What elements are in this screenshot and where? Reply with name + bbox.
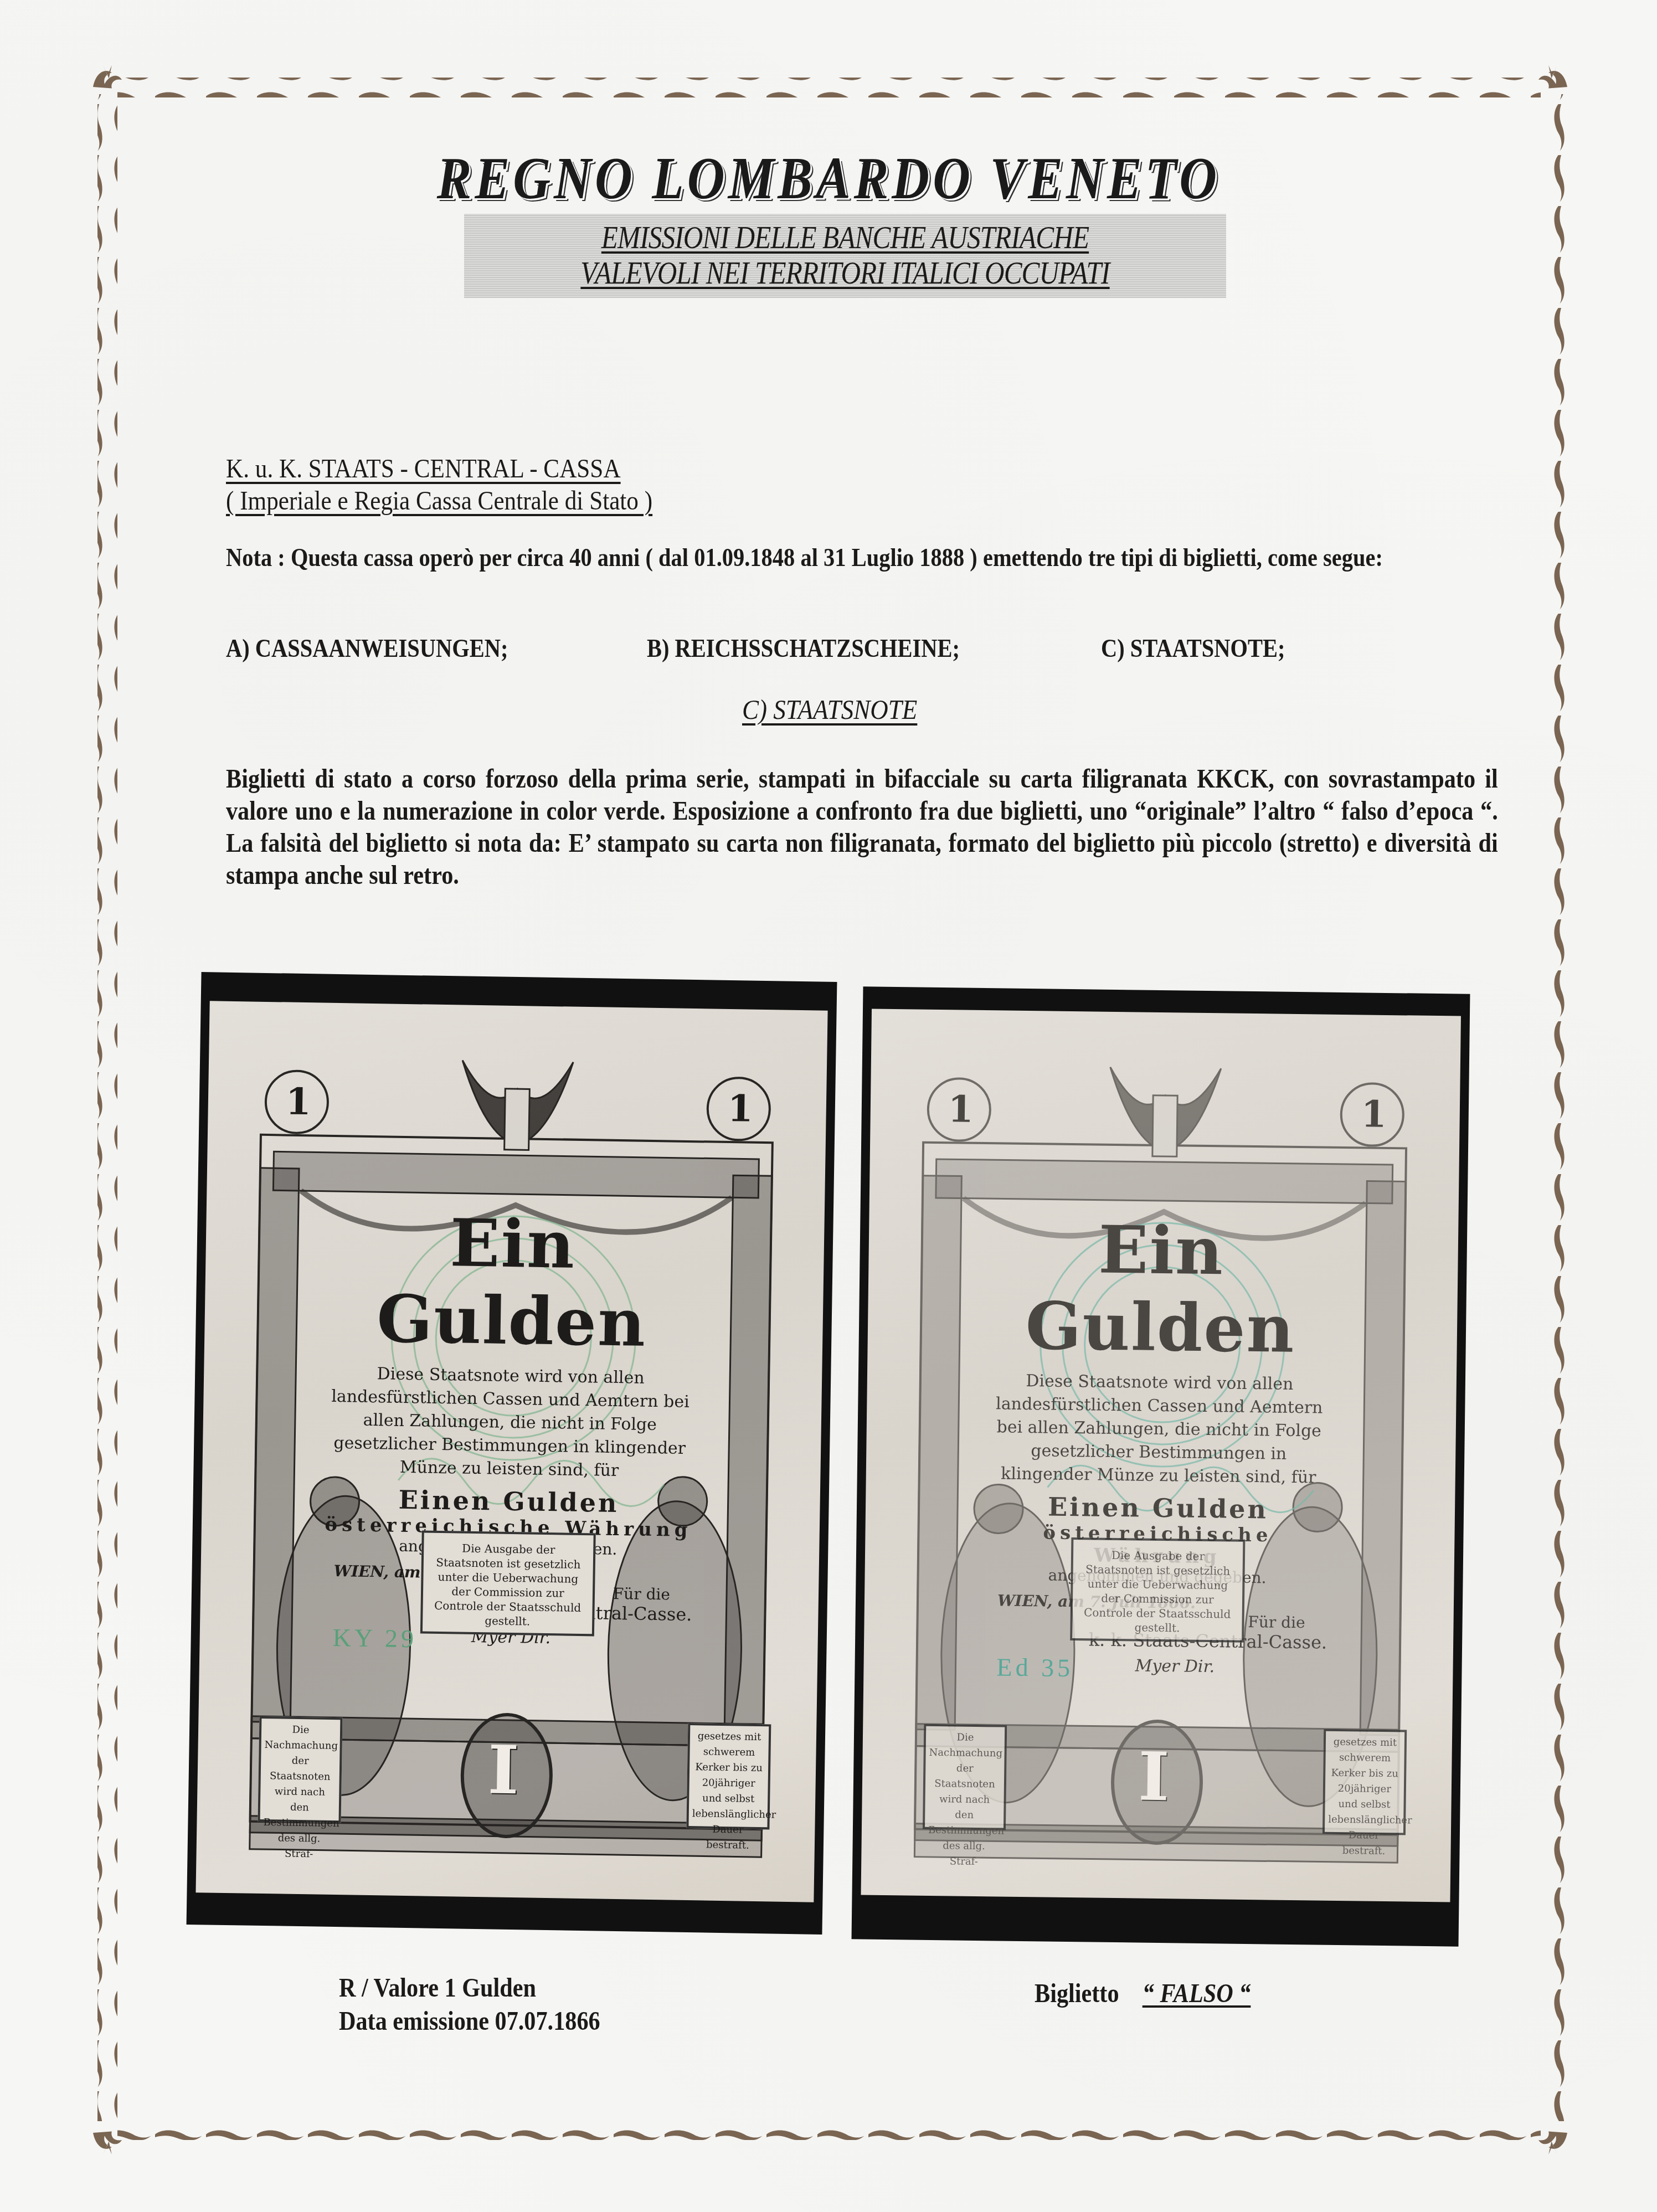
banknote-left-plaque: Die Nachmachung der Staatsnoten wird nac… [923, 1724, 1007, 1830]
banknote-original: Ein Gulden Diese Staatsnote wird von all… [187, 972, 837, 1935]
banknote-center-numeral: I [1138, 1738, 1170, 1817]
type-c: C) STAATSNOTE; [1101, 634, 1285, 663]
section-heading-title: K. u. K. STAATS - CENTRAL - CASSA [226, 453, 652, 485]
banknote-title: Ein Gulden [326, 1202, 698, 1362]
banknote-signature: Myer Dir. [1135, 1656, 1215, 1676]
banknote-corner-value-left: 1 [285, 1080, 311, 1124]
banknote-corner-value-right: 1 [727, 1087, 753, 1130]
banknote-text-panel: Ein Gulden Diese Staatsnote wird von all… [986, 1198, 1332, 1590]
caption-issue-date: Data emissione 07.07.1866 [339, 2005, 600, 2038]
subtitle-line-1: EMISSIONI DELLE BANCHE AUSTRIACHE [510, 220, 1181, 256]
nota-paragraph: Nota : Questa cassa operò per circa 40 a… [226, 542, 1498, 574]
banknote-serial-number: Ed 35 [996, 1652, 1073, 1683]
caption-original: R / Valore 1 Gulden Data emissione 07.07… [339, 1972, 600, 2038]
banknote-right-plaque: gesetzes mit schwerem Kerker bis zu 20jä… [686, 1723, 771, 1829]
page-title: REGNO LOMBARDO VENETO [0, 144, 1657, 213]
banknote-center-plaque: Die Ausgabe der Staatsnoten ist gesetzli… [1070, 1537, 1245, 1643]
subtitle-box: EMISSIONI DELLE BANCHE AUSTRIACHE VALEVO… [464, 214, 1226, 298]
banknote-text-panel: Ein Gulden Diese Staatsnote wird von all… [322, 1191, 698, 1585]
banknote-center-numeral: I [487, 1731, 519, 1809]
caption-falso: Biglietto “ FALSO “ [1035, 1977, 1251, 2010]
banknote-body-text: Diese Staatsnote wird von allen landesfü… [324, 1362, 696, 1484]
banknote-amount: Einen Gulden [987, 1491, 1329, 1525]
banknote-right-plaque: gesetzes mit schwerem Kerker bis zu 20jä… [1322, 1729, 1407, 1835]
banknote-serial-number: KY 29 [332, 1623, 417, 1653]
caption-falso-prefix: Biglietto [1035, 1979, 1119, 2008]
banknote-paper: Ein Gulden Diese Staatsnote wird von all… [195, 1001, 827, 1902]
caption-falso-label: “ FALSO “ [1143, 1979, 1251, 2008]
section-heading-subtitle: ( Imperiale e Regia Cassa Centrale di St… [226, 485, 652, 517]
banknote-body-text: Diese Staatsnote wird von allen landesfü… [988, 1369, 1331, 1490]
section-heading: K. u. K. STAATS - CENTRAL - CASSA ( Impe… [226, 453, 652, 517]
type-a: A) CASSAANWEISUNGEN; [226, 634, 508, 663]
banknote-paper: Ein Gulden Diese Staatsnote wird von all… [861, 1009, 1461, 1902]
banknote-corner-value-right: 1 [1361, 1092, 1387, 1136]
banknote-falso: Ein Gulden Diese Staatsnote wird von all… [852, 986, 1470, 1946]
banknote-center-plaque: Die Ausgabe der Staatsnoten ist gesetzli… [420, 1530, 596, 1636]
caption-value: R / Valore 1 Gulden [339, 1972, 600, 2005]
banknote-left-plaque: Die Nachmachung der Staatsnoten wird nac… [258, 1716, 342, 1823]
staatsnote-heading: C) STAATSNOTE [742, 693, 917, 726]
banknote-title: Ein Gulden [989, 1210, 1332, 1368]
banknote-corner-value-left: 1 [948, 1087, 974, 1131]
type-b: B) REICHSSCHATZSCHEINE; [647, 634, 960, 663]
subtitle-line-2: VALEVOLI NEI TERRITORI ITALICI OCCUPATI [510, 256, 1181, 291]
description-paragraph: Biglietti di stato a corso forzoso della… [226, 763, 1498, 892]
